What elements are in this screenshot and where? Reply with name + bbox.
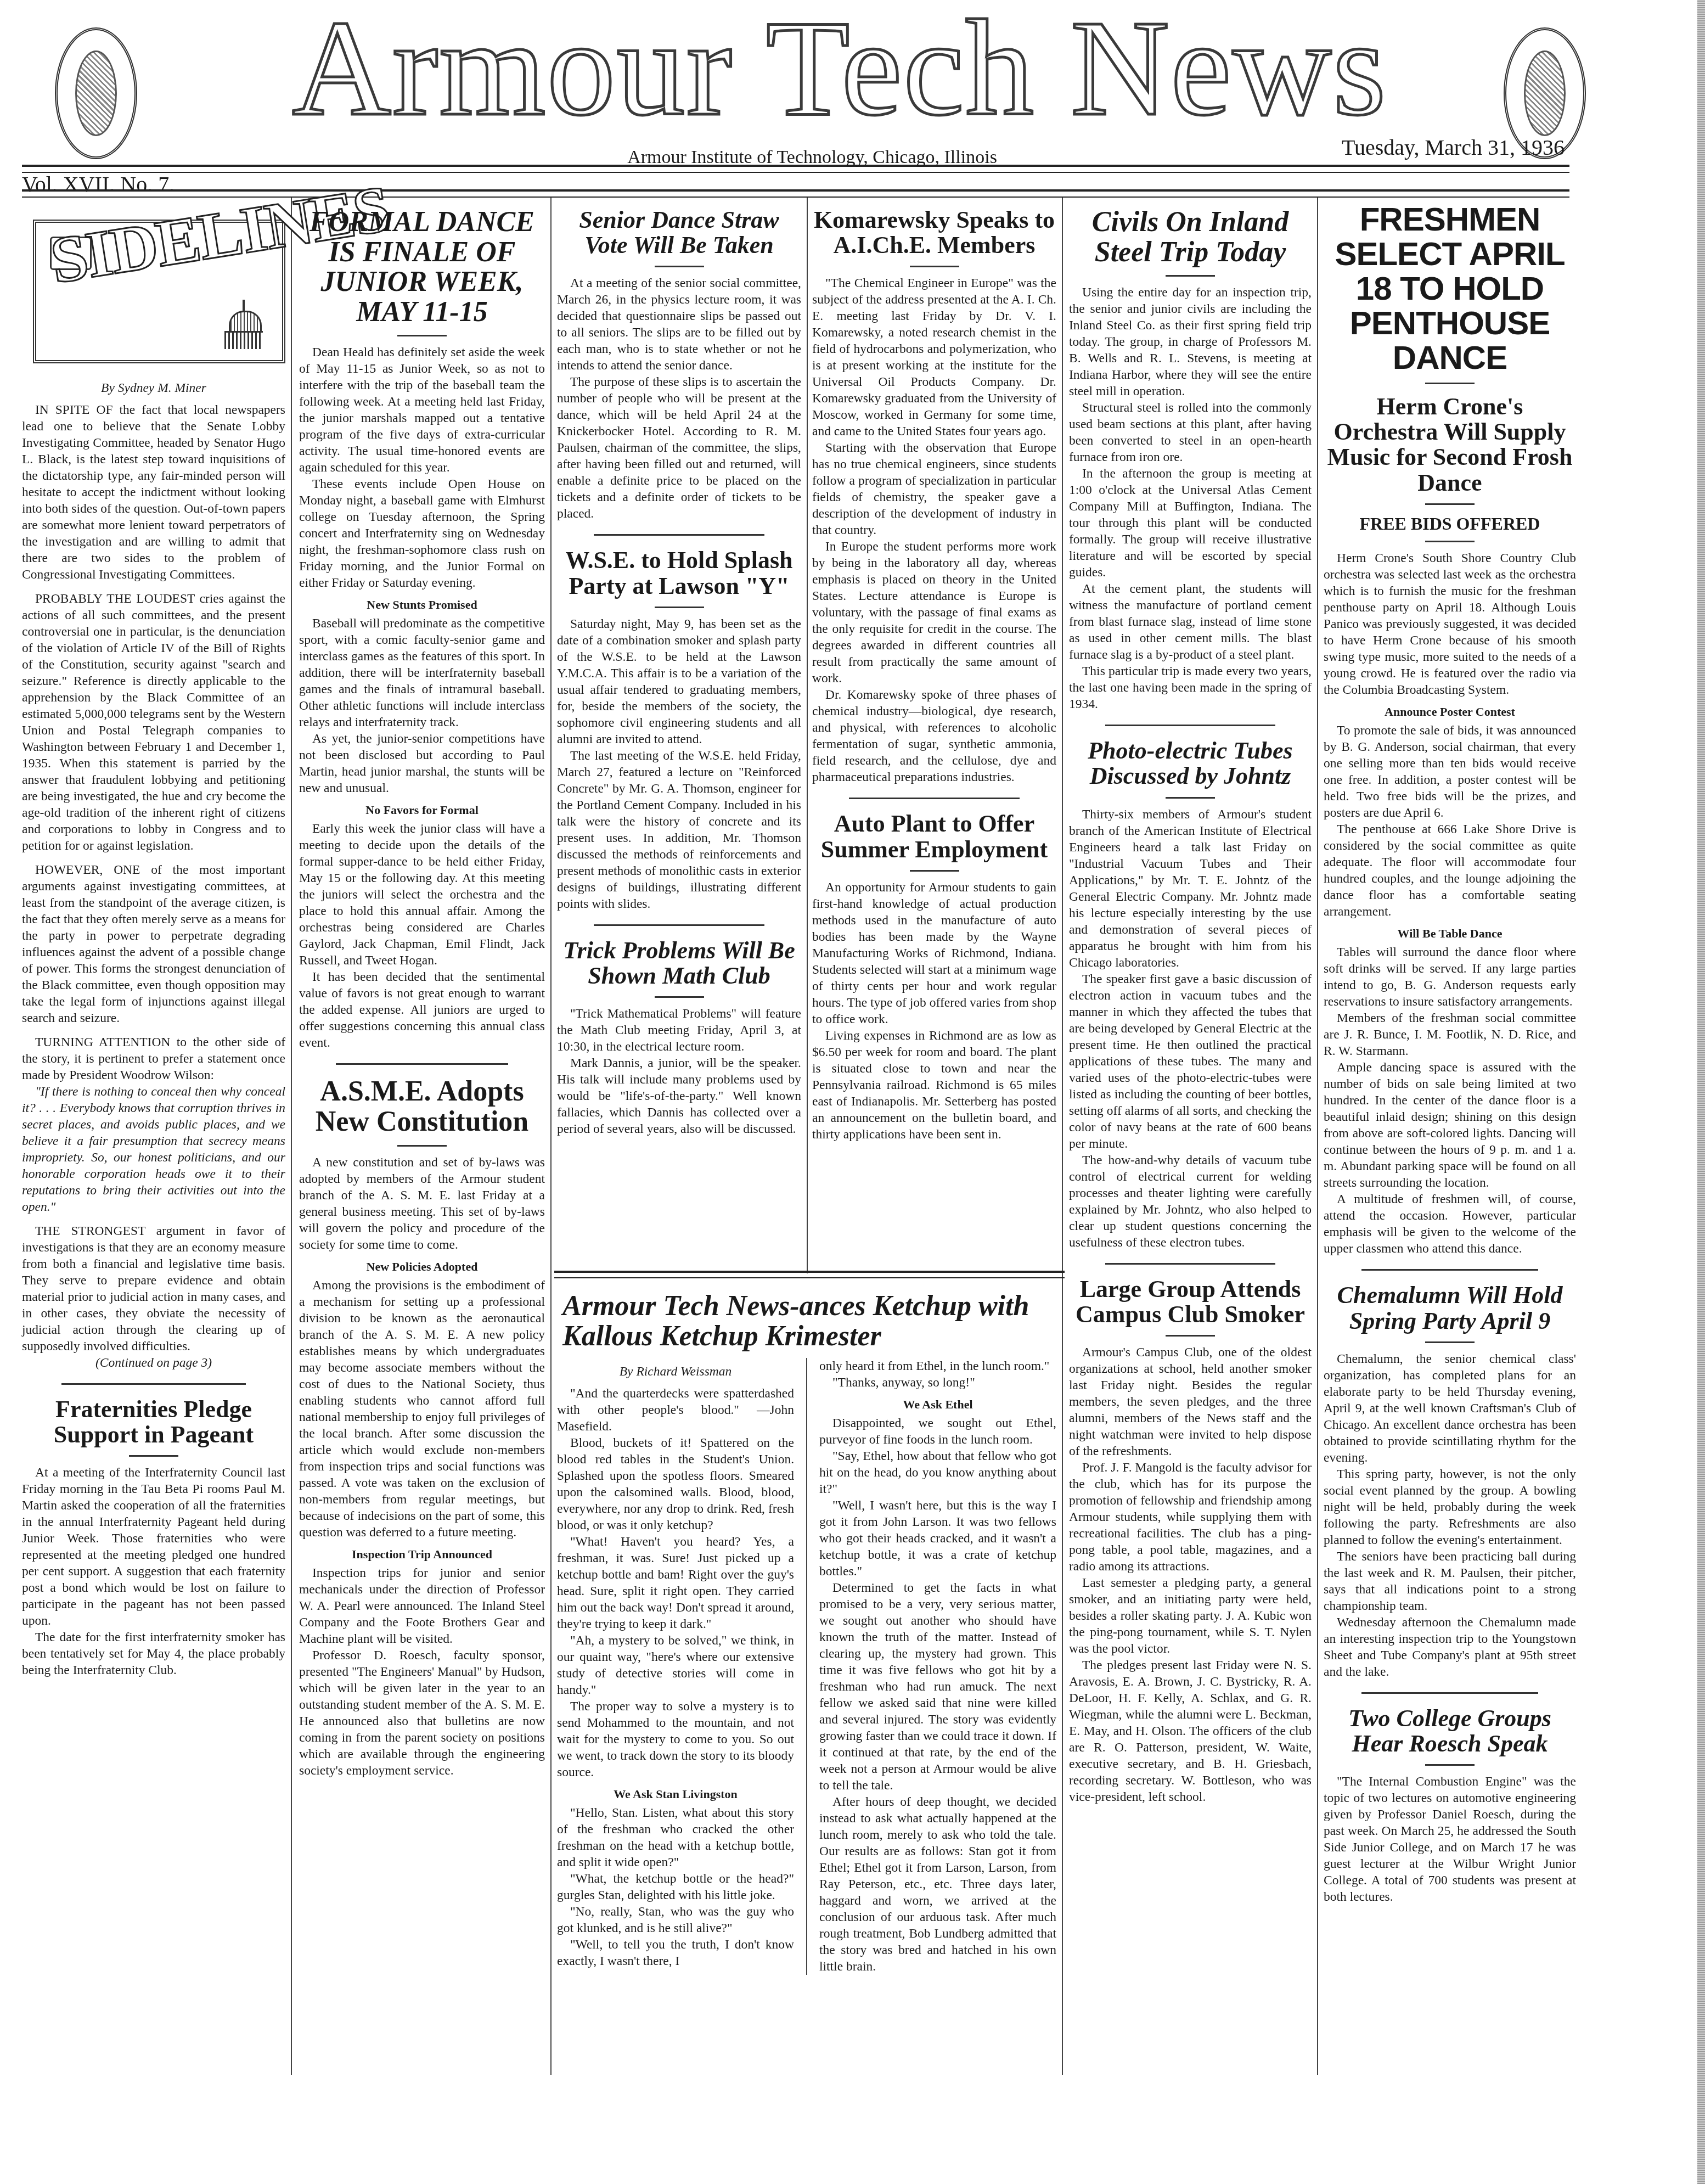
paragraph: "The Chemical Engineer in Europe" was th… — [812, 275, 1056, 440]
paragraph: Structural steel is rolled into the comm… — [1069, 400, 1312, 465]
scan-edge — [1697, 0, 1705, 2184]
column-2: FORMAL DANCE IS FINALE OF JUNIOR WEEK, M… — [299, 198, 545, 1779]
feature-right-column: only heard it from Ethel, in the lunch r… — [819, 1358, 1056, 1975]
column-6: FRESHMEN SELECT APRIL 18 TO HOLD PENTHOU… — [1324, 198, 1576, 1905]
paragraph: A new constitution and set of by-laws wa… — [299, 1154, 545, 1253]
paragraph: A multitude of freshmen will, of course,… — [1324, 1191, 1576, 1257]
headline: Senior Dance Straw Vote Will Be Taken — [557, 207, 801, 258]
paragraph: Disappointed, we sought out Ethel, purve… — [819, 1415, 1056, 1448]
headline: FORMAL DANCE IS FINALE OF JUNIOR WEEK, M… — [299, 207, 545, 327]
headline: Photo-electric Tubes Discussed by Johntz — [1069, 738, 1312, 789]
paragraph: Starting with the observation that Europ… — [812, 440, 1056, 538]
paragraph: Mark Dannis, a junior, will be the speak… — [557, 1055, 801, 1137]
divider-rule — [1425, 383, 1475, 384]
paragraph: Tables will surround the dance floor whe… — [1324, 944, 1576, 1010]
paragraph: The penthouse at 666 Lake Shore Drive is… — [1324, 821, 1576, 920]
divider-rule — [910, 870, 959, 872]
subheading: No Favors for Formal — [299, 802, 545, 818]
paragraph: THE STRONGEST argument in favor of inves… — [22, 1223, 285, 1355]
paragraph: "Say, Ethel, how about that fellow who g… — [819, 1448, 1056, 1497]
divider-rule — [397, 335, 447, 336]
paragraph: Living expenses in Richmond are as low a… — [812, 1028, 1056, 1143]
paragraph: "Trick Mathematical Problems" will featu… — [557, 1006, 801, 1055]
paragraph: "Well, to tell you the truth, I don't kn… — [557, 1936, 794, 1969]
paragraph: Thirty-six members of Armour's student b… — [1069, 806, 1312, 971]
paragraph: Last semester a pledging party, a genera… — [1069, 1575, 1312, 1657]
feature-article: Armour Tech News-ances Ketchup with Kall… — [557, 1282, 1056, 1975]
newspaper-title: Armour Tech News — [181, 0, 1498, 137]
sidelines-banner: SIDELINES — [33, 220, 285, 363]
paragraph: Saturday night, May 9, has been set as t… — [557, 616, 801, 748]
byline: By Richard Weissman — [557, 1363, 794, 1380]
column-4: Komarewsky Speaks to A.I.Ch.E. Members "… — [812, 198, 1056, 1143]
paragraph: These events include Open House on Monda… — [299, 476, 545, 591]
paragraph: IN SPITE OF the fact that local newspape… — [22, 402, 285, 583]
paragraph: The how-and-why details of vacuum tube c… — [1069, 1152, 1312, 1251]
paragraph: only heard it from Ethel, in the lunch r… — [819, 1358, 1056, 1374]
headline: Civils On Inland Steel Trip Today — [1069, 207, 1312, 267]
divider-rule — [594, 534, 765, 536]
paragraph: It has been decided that the sentimental… — [299, 969, 545, 1051]
column-divider — [550, 198, 552, 2075]
subheading: We Ask Ethel — [819, 1396, 1056, 1413]
paragraph: To promote the sale of bids, it was anno… — [1324, 722, 1576, 821]
paragraph: "No, really, Stan, who was the guy who g… — [557, 1904, 794, 1936]
divider-rule — [594, 924, 765, 926]
feature-rule — [554, 1271, 1065, 1278]
paragraph: This particular trip is made every two y… — [1069, 663, 1312, 712]
column-3: Senior Dance Straw Vote Will Be Taken At… — [557, 198, 801, 1137]
newspaper-page: Armour Tech News Tuesday, March 31, 1936… — [0, 0, 1705, 2184]
paragraph: "Ah, a mystery to be solved," we think, … — [557, 1632, 794, 1698]
paragraph: An opportunity for Armour students to ga… — [812, 879, 1056, 1028]
paragraph: The purpose of these slips is to ascerta… — [557, 374, 801, 522]
paragraph: Members of the freshman social committee… — [1324, 1010, 1576, 1059]
paragraph: This spring party, however, is not the o… — [1324, 1466, 1576, 1548]
paragraph: Using the entire day for an inspection t… — [1069, 284, 1312, 400]
divider-rule — [849, 798, 1020, 799]
paragraph: "Hello, Stan. Listen, what about this st… — [557, 1805, 794, 1871]
headline: Large Group Attends Campus Club Smoker — [1069, 1277, 1312, 1327]
divider-rule — [1105, 1263, 1275, 1265]
paragraph: "What, the ketchup bottle or the head?" … — [557, 1871, 794, 1904]
paragraph: Blood, buckets of it! Spattered on the b… — [557, 1435, 794, 1534]
paragraph: Inspection trips for junior and senior m… — [299, 1565, 545, 1647]
paragraph: Dean Heald has definitely set aside the … — [299, 344, 545, 476]
paragraph: At the cement plant, the students will w… — [1069, 581, 1312, 663]
divider-rule — [1425, 1764, 1475, 1766]
divider-rule — [1166, 275, 1215, 277]
paragraph: "Well, I wasn't here, but this is the wa… — [819, 1497, 1056, 1580]
paragraph: "What! Haven't you heard? Yes, a freshma… — [557, 1534, 794, 1632]
headline: Auto Plant to Offer Summer Employment — [812, 811, 1056, 862]
paragraph: Armour's Campus Club, one of the oldest … — [1069, 1344, 1312, 1459]
divider-rule — [1361, 1269, 1538, 1271]
divider-rule — [129, 1455, 178, 1457]
headline: Chemalumn Will Hold Spring Party April 9 — [1324, 1283, 1576, 1333]
column-divider — [807, 198, 808, 1273]
paragraph: HOWEVER, ONE of the most important argum… — [22, 862, 285, 1026]
headline: Komarewsky Speaks to A.I.Ch.E. Members — [812, 207, 1056, 258]
divider-rule — [61, 1383, 246, 1385]
publisher-line: Armour Institute of Technology, Chicago,… — [549, 147, 1076, 168]
paragraph: At a meeting of the Interfraternity Coun… — [22, 1464, 285, 1629]
paragraph: Wednesday afternoon the Chemalumn made a… — [1324, 1614, 1576, 1680]
subheading: Will Be Table Dance — [1324, 925, 1576, 942]
paragraph: The speaker first gave a basic discussio… — [1069, 971, 1312, 1152]
subheading: New Stunts Promised — [299, 597, 545, 613]
divider-rule — [910, 266, 959, 267]
paragraph: Chemalumn, the senior chemical class' or… — [1324, 1351, 1576, 1466]
divider-rule — [655, 266, 704, 267]
headline: W.S.E. to Hold Splash Party at Lawson "Y… — [557, 548, 801, 598]
institute-seal-icon — [55, 27, 137, 159]
column-divider — [1317, 198, 1318, 2075]
feature-headline: Armour Tech News-ances Ketchup with Kall… — [557, 1292, 1056, 1351]
paragraph: Professor D. Roesch, faculty sponsor, pr… — [299, 1647, 545, 1779]
divider-rule — [1425, 1341, 1475, 1343]
subheading: New Policies Adopted — [299, 1259, 545, 1275]
subheading: Announce Poster Contest — [1324, 704, 1576, 720]
feature-left-column: By Richard Weissman "And the quarterdeck… — [557, 1358, 794, 1975]
headline: Fraternities Pledge Support in Pageant — [22, 1397, 285, 1447]
paragraph: "Thanks, anyway, so long!" — [819, 1374, 1056, 1391]
byline: By Sydney M. Miner — [22, 380, 285, 396]
paragraph: The proper way to solve a mystery is to … — [557, 1698, 794, 1781]
paragraph: Among the provisions is the embodiment o… — [299, 1277, 545, 1541]
masthead: Armour Tech News — [22, 5, 1569, 170]
headline: Trick Problems Will Be Shown Math Club — [557, 938, 801, 989]
paragraph: In the afternoon the group is meeting at… — [1069, 465, 1312, 581]
divider-rule — [655, 607, 704, 608]
paragraph: Dr. Komarewsky spoke of three phases of … — [812, 687, 1056, 785]
paragraph: Baseball will predominate as the competi… — [299, 615, 545, 731]
paragraph: Herm Crone's South Shore Country Club or… — [1324, 550, 1576, 698]
paragraph: The date for the first interfraternity s… — [22, 1629, 285, 1678]
lead-headline: FRESHMEN SELECT APRIL 18 TO HOLD PENTHOU… — [1324, 202, 1576, 375]
paragraph: PROBABLY THE LOUDEST cries against the a… — [22, 591, 285, 854]
continued-note: (Continued on page 3) — [22, 1355, 285, 1371]
paragraph: Prof. J. F. Mangold is the faculty advis… — [1069, 1459, 1312, 1575]
headline: Two College Groups Hear Roesch Speak — [1324, 1706, 1576, 1756]
divider-rule — [1425, 503, 1475, 505]
paragraph: "And the quarterdecks were spatterdashed… — [557, 1385, 794, 1435]
paragraph: The seniors have been practicing ball du… — [1324, 1548, 1576, 1614]
paragraph: At a meeting of the senior social commit… — [557, 275, 801, 374]
issue-date: Tuesday, March 31, 1936 — [1342, 134, 1565, 160]
quotation: "If there is nothing to conceal then why… — [22, 1083, 285, 1215]
divider-rule — [397, 1145, 447, 1147]
paragraph: Early this week the junior class will ha… — [299, 821, 545, 969]
paragraph: As yet, the junior-senior competitions h… — [299, 731, 545, 796]
divider-rule — [1361, 1692, 1538, 1694]
paragraph: Ample dancing space is assured with the … — [1324, 1059, 1576, 1191]
paragraph: Determined to get the facts in what prom… — [819, 1580, 1056, 1794]
divider-rule — [1166, 1335, 1215, 1337]
deck-headline: Herm Crone's Orchestra Will Supply Music… — [1324, 394, 1576, 496]
divider-rule — [655, 996, 704, 998]
subheading: We Ask Stan Livingston — [557, 1786, 794, 1803]
paragraph: "The Internal Combustion Engine" was the… — [1324, 1773, 1576, 1905]
divider-rule — [1166, 797, 1215, 799]
headline: A.S.M.E. Adopts New Constitution — [299, 1077, 545, 1137]
capitol-dome-icon — [224, 300, 263, 349]
column-divider — [806, 1358, 807, 1975]
column-1: SIDELINES By Sydney M. Miner IN SPITE OF… — [22, 198, 285, 1678]
column-divider — [1062, 198, 1063, 2075]
paragraph: After hours of deep thought, we decided … — [819, 1794, 1056, 1975]
subheading: Inspection Trip Announced — [299, 1546, 545, 1563]
paragraph: The pledges present last Friday were N. … — [1069, 1657, 1312, 1805]
deck-headline: FREE BIDS OFFERED — [1324, 515, 1576, 534]
divider-rule — [1105, 725, 1275, 726]
column-divider — [291, 198, 292, 2075]
paragraph: In Europe the student performs more work… — [812, 538, 1056, 687]
column-5: Civils On Inland Steel Trip Today Using … — [1069, 198, 1312, 1805]
divider-rule — [336, 1063, 508, 1065]
paragraph: TURNING ATTENTION to the other side of t… — [22, 1034, 285, 1083]
paragraph: The last meeting of the W.S.E. held Frid… — [557, 748, 801, 912]
divider-rule — [1425, 541, 1475, 542]
